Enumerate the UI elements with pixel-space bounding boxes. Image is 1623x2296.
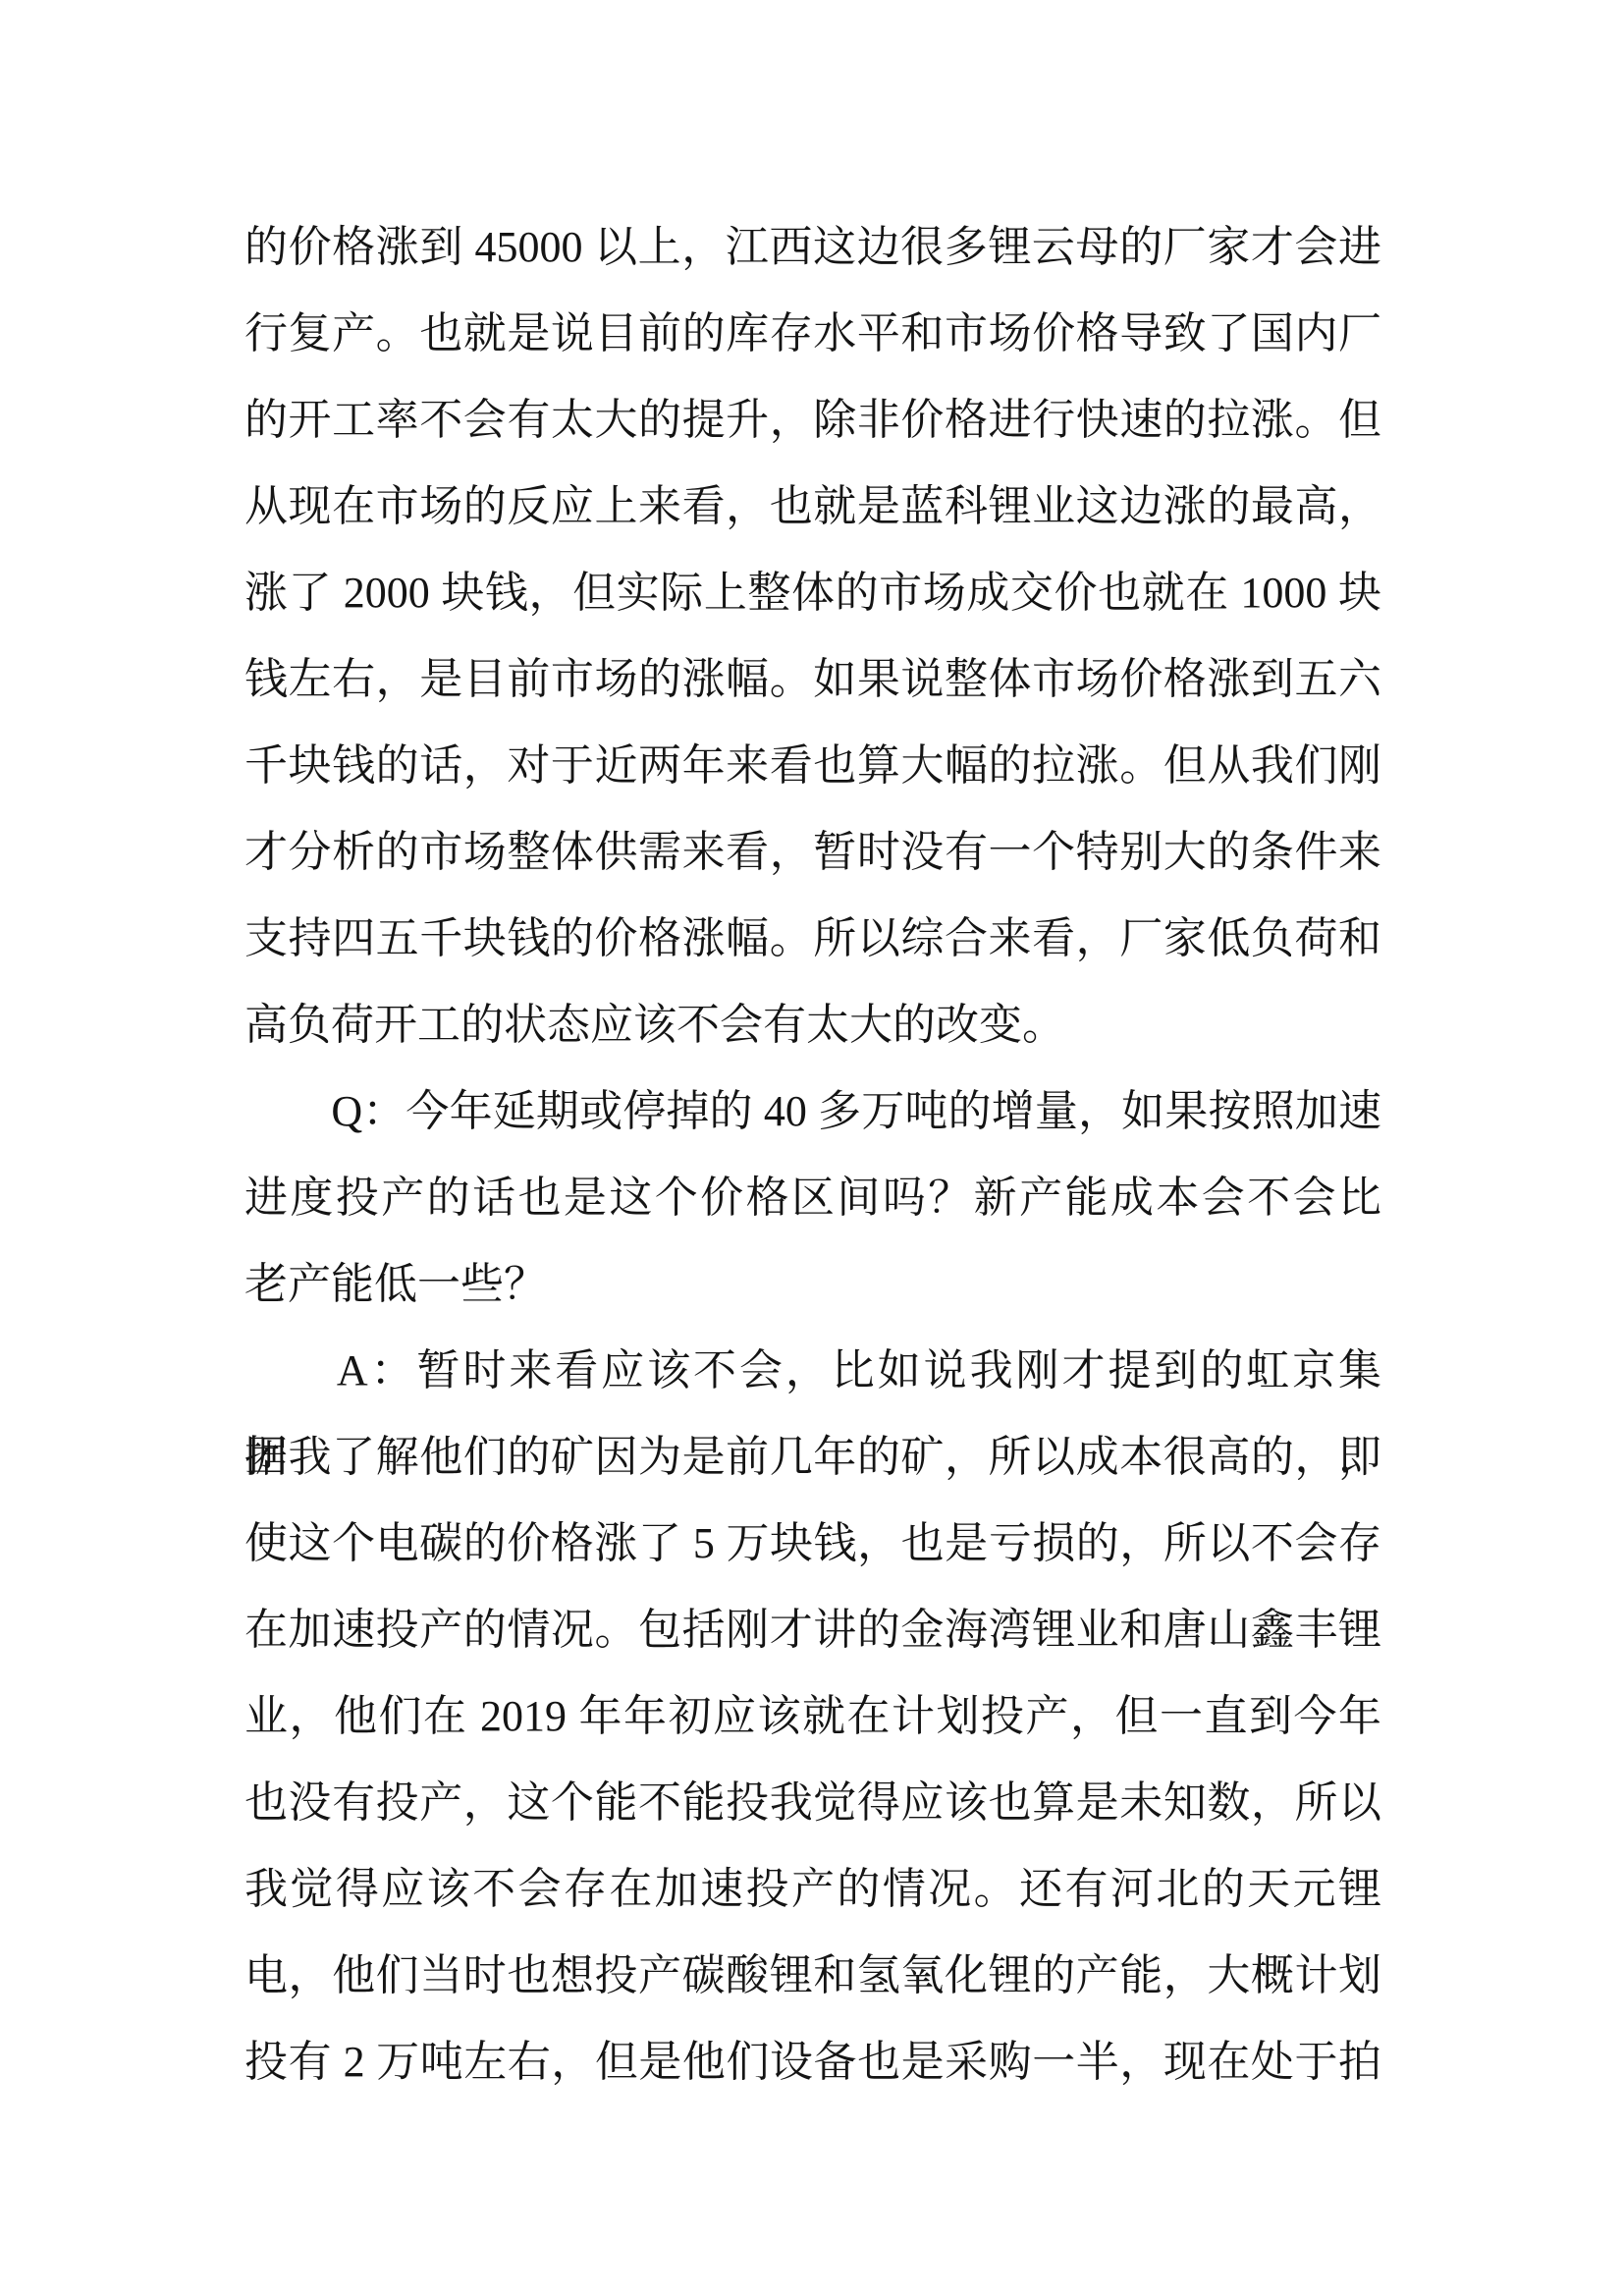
text-line: 的价格涨到 45000 以上，江西这边很多锂云母的厂家才会进 <box>244 204 1381 291</box>
text-line: 支持四五千块钱的价格涨幅。所以综合来看，厂家低负荷和 <box>244 896 1381 982</box>
text-line-paragraph-end: 高负荷开工的状态应该不会有太大的改变。 <box>244 982 1381 1068</box>
text-line-question-start: Q：今年延期或停掉的 40 多万吨的增量，如果按照加速 <box>244 1068 1381 1155</box>
text-line: 业，他们在 2019 年年初应该就在计划投产，但一直到今年 <box>244 1673 1381 1760</box>
text-line: 千块钱的话，对于近两年来看也算大幅的拉涨。但从我们刚 <box>244 723 1381 809</box>
document-text-block: 的价格涨到 45000 以上，江西这边很多锂云母的厂家才会进 行复产。也就是说目… <box>244 204 1381 2105</box>
text-line: 我觉得应该不会存在加速投产的情况。还有河北的天元锂 <box>244 1846 1381 1933</box>
text-line: 钱左右，是目前市场的涨幅。如果说整体市场价格涨到五六 <box>244 636 1381 723</box>
text-line: 电，他们当时也想投产碳酸锂和氢氧化锂的产能，大概计划 <box>244 1933 1381 2019</box>
text-line: 行复产。也就是说目前的库存水平和市场价格导致了国内厂 <box>244 291 1381 377</box>
text-line: 据我了解他们的矿因为是前几年的矿，所以成本很高的，即 <box>244 1414 1381 1501</box>
text-line: 在加速投产的情况。包括刚才讲的金海湾锂业和唐山鑫丰锂 <box>244 1587 1381 1673</box>
text-line: 进度投产的话也是这个价格区间吗？新产能成本会不会比 <box>244 1155 1381 1241</box>
document-page: 的价格涨到 45000 以上，江西这边很多锂云母的厂家才会进 行复产。也就是说目… <box>0 0 1623 2296</box>
text-line: 使这个电碳的价格涨了 5 万块钱，也是亏损的，所以不会存 <box>244 1501 1381 1587</box>
text-line: 才分析的市场整体供需来看，暂时没有一个特别大的条件来 <box>244 809 1381 896</box>
text-line: 涨了 2000 块钱，但实际上整体的市场成交价也就在 1000 块 <box>244 550 1381 636</box>
text-line: 也没有投产，这个能不能投我觉得应该也算是未知数，所以 <box>244 1760 1381 1846</box>
text-line-paragraph-end: 老产能低一些？ <box>244 1241 1381 1328</box>
text-line: 投有 2 万吨左右，但是他们设备也是采购一半，现在处于拍 <box>244 2019 1381 2105</box>
text-line-answer-start: A：暂时来看应该不会，比如说我刚才提到的虹京集团， <box>244 1328 1381 1414</box>
text-line: 的开工率不会有太大的提升，除非价格进行快速的拉涨。但 <box>244 377 1381 464</box>
text-line: 从现在市场的反应上来看，也就是蓝科锂业这边涨的最高， <box>244 464 1381 550</box>
